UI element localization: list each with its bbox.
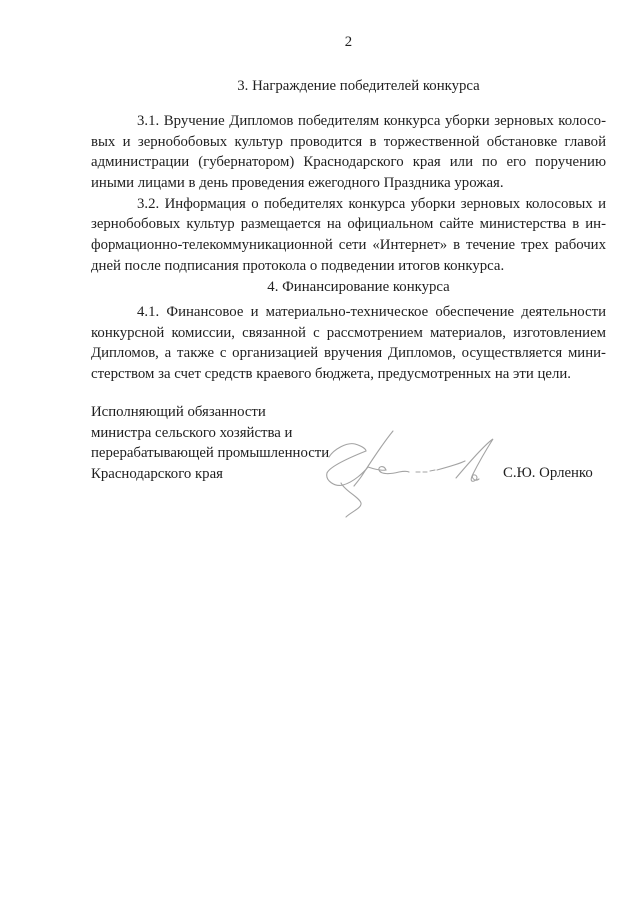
text-line: Дипломов, а также с организацией вручени… [91, 343, 606, 364]
text-line: 3.2. Информация о победителях конкурса у… [91, 194, 606, 215]
paragraph-4-1: 4.1. Финансовое и материально-техническо… [91, 302, 606, 385]
text-line: дней после подписания протокола о подвед… [91, 256, 606, 277]
text-line: формационно-телекоммуникационной сети «И… [91, 235, 606, 256]
paragraph-3-1: 3.1. Вручение Дипломов победителям конку… [91, 111, 606, 194]
section-3-heading: 3. Награждение победителей конкурса [91, 76, 606, 97]
section-4-heading: 4. Финансирование конкурса [91, 277, 606, 298]
paragraph-3-2: 3.2. Информация о победителях конкурса у… [91, 194, 606, 277]
section-4-body: 4.1. Финансовое и материально-техническо… [91, 302, 606, 385]
text-line: конкурсной комиссии, связанной с рассмот… [91, 323, 606, 344]
text-line: Исполняющий обязанности [91, 402, 391, 423]
text-line: зернобобовых культур размещается на офиц… [91, 214, 606, 235]
section-3-body: 3.1. Вручение Дипломов победителям конку… [91, 111, 606, 277]
text-line: вых и зернобобовых культур проводится в … [91, 132, 606, 153]
text-line: стерством за счет средств краевого бюдже… [91, 364, 606, 385]
page-number: 2 [91, 32, 606, 53]
text-line: иными лицами в день проведения ежегодног… [91, 173, 606, 194]
text-line: 3.1. Вручение Дипломов победителям конку… [91, 111, 606, 132]
text-line: 4.1. Финансовое и материально-техническо… [91, 302, 606, 323]
signatory-name: С.Ю. Орленко [503, 463, 593, 484]
handwritten-signature-image [318, 424, 516, 520]
document-page: 2 3. Награждение победителей конкурса 3.… [0, 0, 640, 905]
signature-strokes [327, 431, 493, 517]
text-line: администрации (губернатором) Краснодарск… [91, 152, 606, 173]
